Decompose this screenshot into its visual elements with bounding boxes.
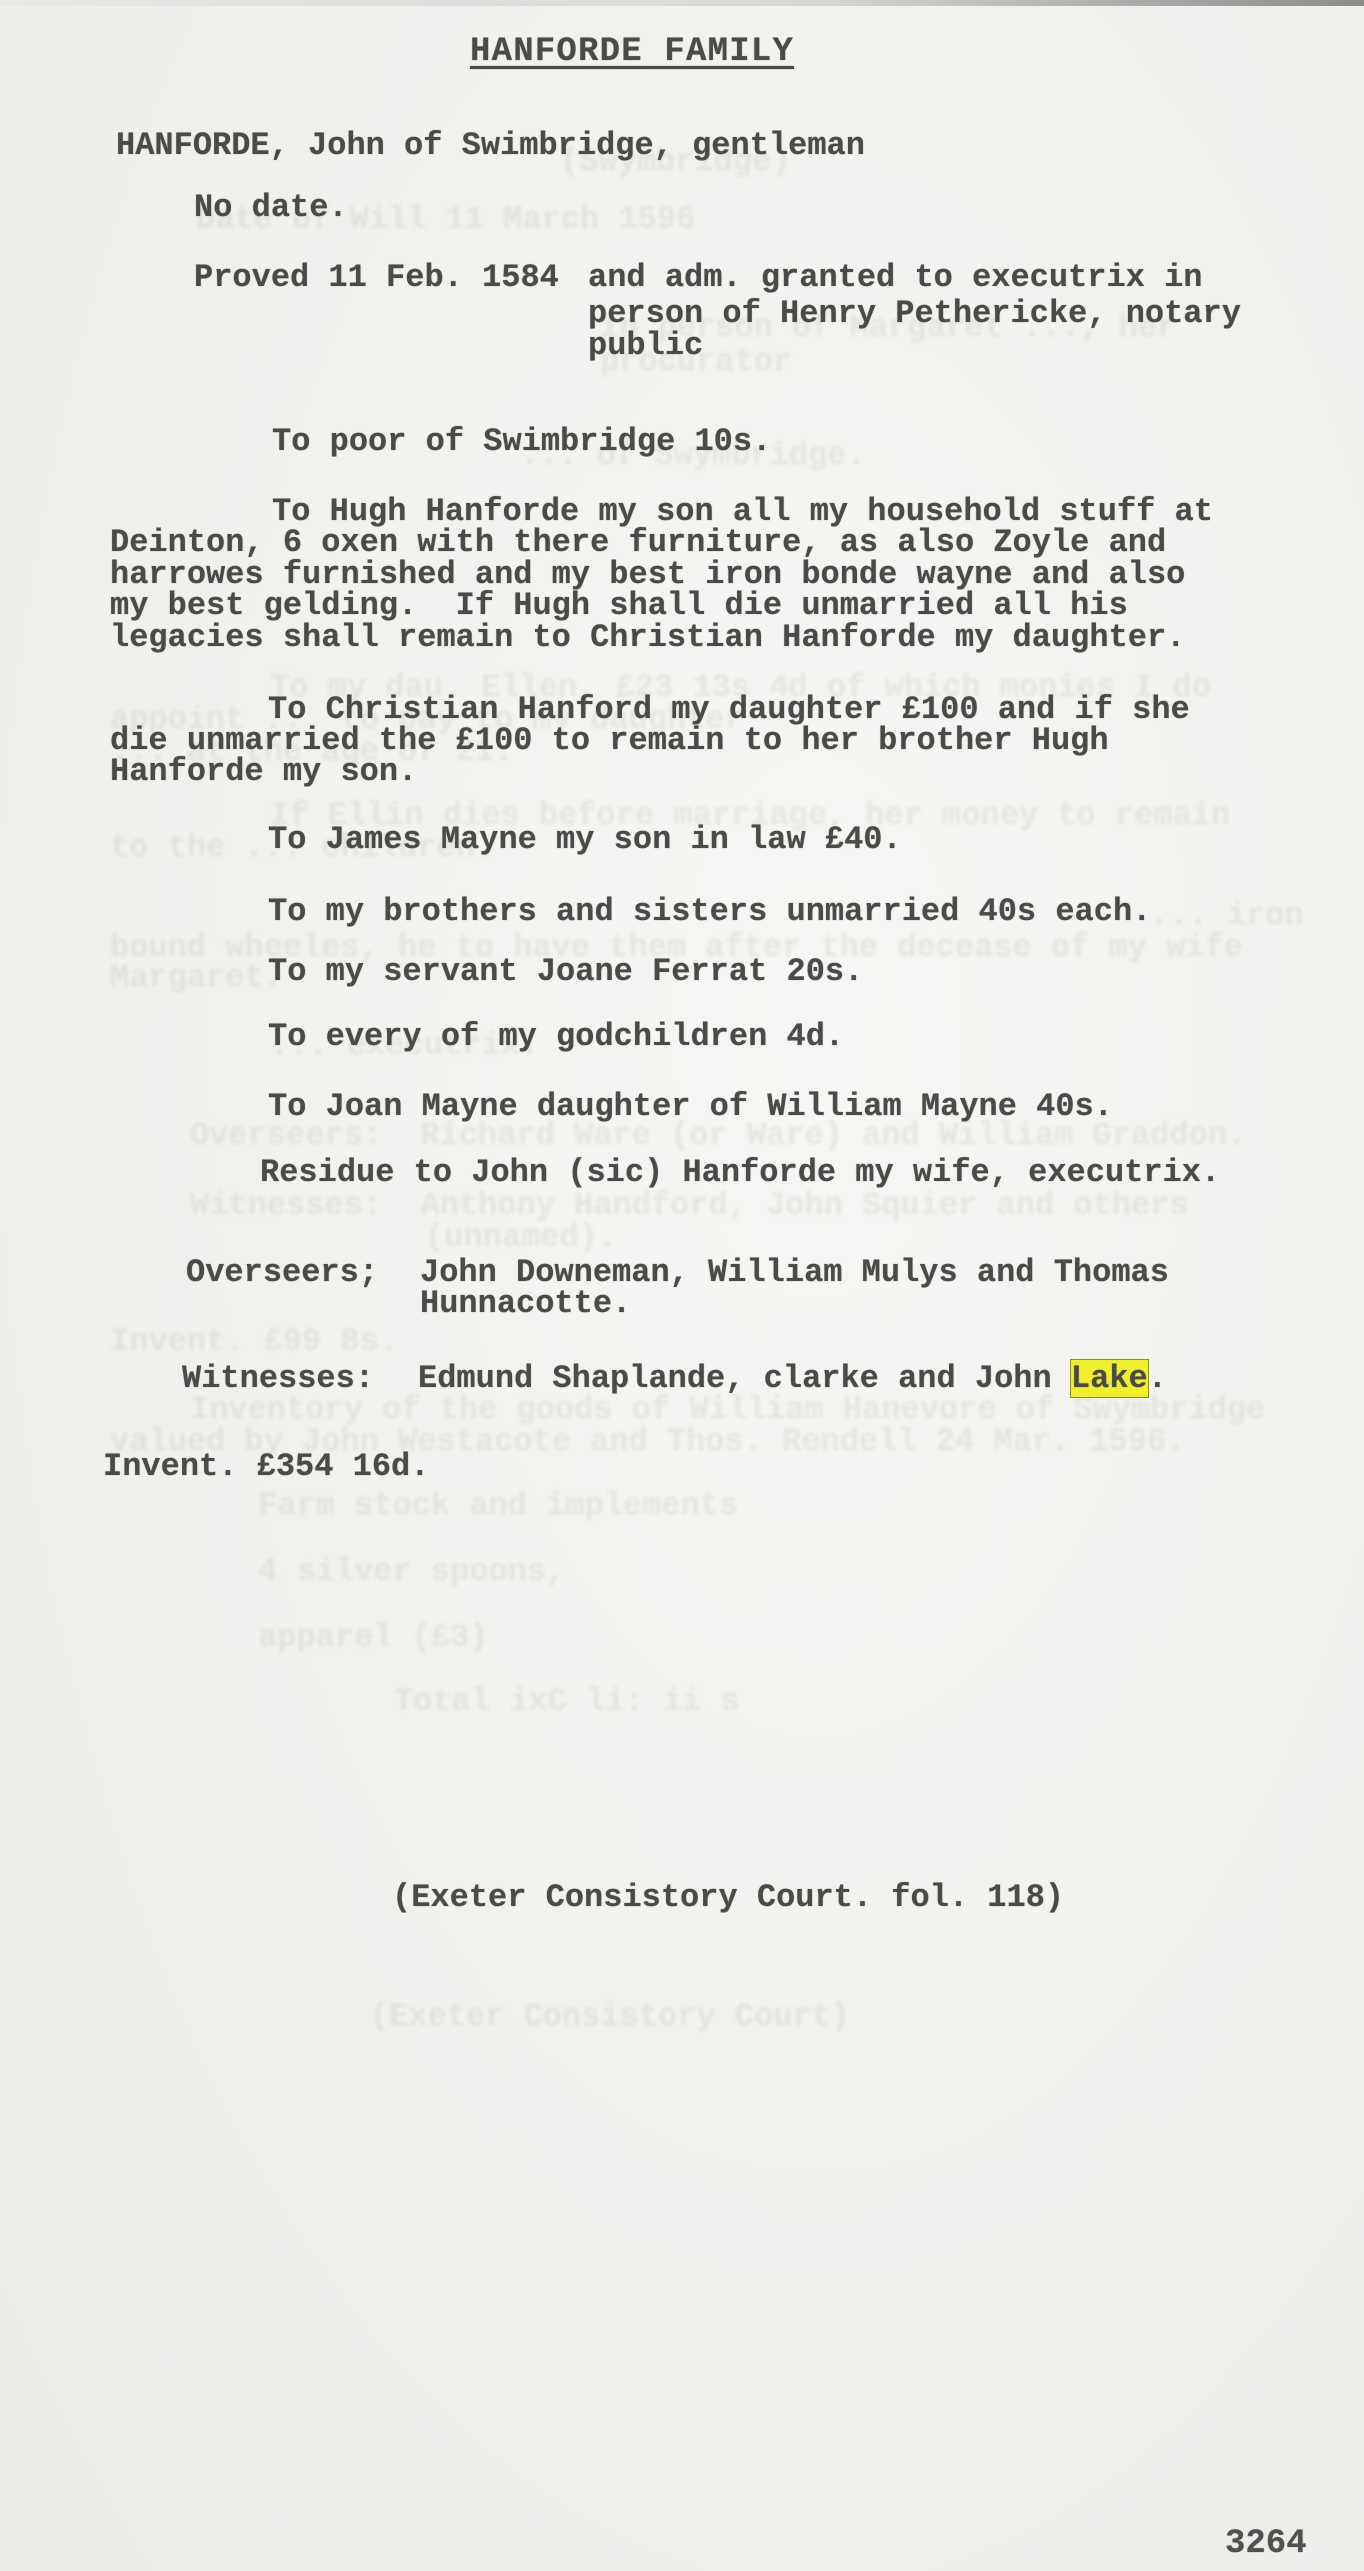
show-through-line: apparel (£3): [258, 1622, 488, 1654]
bequest-christian-line: Hanforde my son.: [110, 756, 417, 788]
show-through-line: ... iron: [1150, 900, 1304, 932]
witnesses-text: Edmund Shaplande, clarke and John: [418, 1360, 1071, 1397]
witnesses-end: .: [1148, 1360, 1167, 1397]
show-through-line: Total ixC li: ii s: [394, 1686, 740, 1718]
show-through-line: Margaret.: [110, 962, 283, 994]
proved-line: public: [588, 330, 703, 362]
bequest-servant: To my servant Joane Ferrat 20s.: [268, 956, 863, 988]
bequest-hugh-line: legacies shall remain to Christian Hanfo…: [110, 622, 1185, 654]
bequest-joan: To Joan Mayne daughter of William Mayne …: [268, 1091, 1113, 1123]
bequest-siblings: To my brothers and sisters unmarried 40s…: [268, 896, 1151, 928]
document-title: HANFORDE FAMILY: [470, 36, 794, 68]
source-citation: (Exeter Consistory Court. fol. 118): [392, 1882, 1064, 1914]
show-through-line: (Exeter Consistory Court): [370, 2001, 850, 2033]
page-number: 3264: [1225, 2528, 1307, 2560]
proved-line: person of Henry Pethericke, notary: [588, 298, 1241, 330]
bequest-poor: To poor of Swimbridge 10s.: [272, 426, 771, 458]
residue-line: Residue to John (sic) Hanforde my wife, …: [260, 1157, 1220, 1189]
bequest-hugh-line: Deinton, 6 oxen with there furniture, as…: [110, 527, 1166, 559]
show-through-line: Farm stock and implements: [258, 1490, 738, 1522]
show-through-line: Invent. £99 8s.: [110, 1326, 398, 1358]
proved-line: and adm. granted to executrix in: [588, 262, 1203, 294]
bequest-james: To James Mayne my son in law £40.: [268, 824, 902, 856]
page-top-edge: [0, 0, 1364, 6]
show-through-line: 4 silver spoons,: [258, 1556, 565, 1588]
overseers-line: Hunnacotte.: [420, 1288, 631, 1320]
proved-lead: Proved 11 Feb. 1584: [194, 262, 559, 294]
show-through-line: Witnesses: Anthony Handford, John Squier…: [190, 1190, 1189, 1222]
overseers-label: Overseers;: [186, 1257, 378, 1289]
highlighted-word[interactable]: Lake: [1071, 1360, 1148, 1397]
inventory-line: Invent. £354 16d.: [103, 1451, 429, 1483]
show-through-line: (unnamed).: [425, 1222, 617, 1254]
date-line: No date.: [194, 192, 348, 224]
witnesses-line: Edmund Shaplande, clarke and John Lake.: [418, 1363, 1167, 1395]
heading-line: HANFORDE, John of Swimbridge, gentleman: [116, 130, 865, 162]
bequest-hugh-line: my best gelding. If Hugh shall die unmar…: [110, 590, 1128, 622]
show-through-line: Inventory of the goods of William Hanevo…: [190, 1394, 1265, 1426]
bequest-godchildren: To every of my godchildren 4d.: [268, 1021, 844, 1053]
witnesses-label: Witnesses:: [182, 1363, 374, 1395]
